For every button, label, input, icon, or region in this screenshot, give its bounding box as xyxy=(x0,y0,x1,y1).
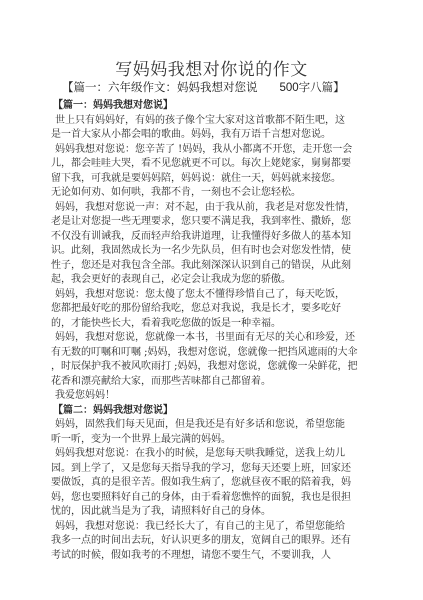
paragraph-line: 园。到上学了，又是您每天指导我的学习，您每天还要上班，回家还 xyxy=(51,462,341,477)
paragraph-line: 妈妈，我想对您说，您就像一本书，书里面有无尽的关心和珍爱，还 xyxy=(51,331,341,346)
paragraph-line: 识。此刻，我固然成长为一名少先队员，但有时也会对您发性情，使 xyxy=(51,244,341,259)
paragraph-line: 世上只有妈妈好，有妈的孩子像个宝大家对这首歌都不陌生吧，这 xyxy=(51,114,341,129)
paragraph-line: 有无数的叮嘱和叮嘱 ;妈妈，我想对您说，您就像一把挡风遮雨的大伞 xyxy=(51,346,341,361)
paragraph-line: 妈妈我想对您说：在我小的时候，是您每天哄我睡觉，送我上幼儿 xyxy=(51,447,341,462)
paragraph-line: 老是让对您提一些无理要求，您只要不满足我，我到率性、撒娇，您 xyxy=(51,215,341,230)
paragraph-line: 无论如何劝、如何哄，我都不肯，一刻也不会让您轻松。 xyxy=(51,186,341,201)
paragraph-line: 不仅没有训诫我，反而轻声给我讲道理，让我懂得好多做人的基本知 xyxy=(51,230,341,245)
paragraph-line: 花香和漂亮献给大家，而那些苦味都自己都留着。 xyxy=(51,375,341,390)
paragraph-line: 儿，都会哇哇大哭，看不见您就更不可以。每次上姥姥家，舅舅都要 xyxy=(51,157,341,172)
paragraph-line: 考试的时候，假如我考的不理想，请您不要生气，不要训我，人 xyxy=(51,549,341,564)
paragraph-line: ，时辰保护我不被风吹雨打 ;妈妈，我想对您说，您就像一朵鲜花，把 xyxy=(51,360,341,375)
document-body: 【篇一：妈妈我想对您说】世上只有妈妈好，有妈的孩子像个宝大家对这首歌都不陌生吧，… xyxy=(51,99,341,563)
paragraph-line: 听一听，变为一个世界上最完满的妈妈。 xyxy=(51,433,341,448)
section-heading: 【篇一：妈妈我想对您说】 xyxy=(51,99,341,114)
paragraph-line: 起，我会更好的表现自己，必定会让我成为您的骄傲。 xyxy=(51,273,341,288)
paragraph-line: 妈妈我想对您说：您辛苦了 !妈妈，我从小都离不开您，走开您一会 xyxy=(51,143,341,158)
subtitle-left: 【篇一：六年级作文：妈妈我想对您说 xyxy=(62,80,258,94)
paragraph-line: 的，才能快些长大，看着我吃您做的饭是一种幸福。 xyxy=(51,317,341,332)
paragraph-line: 妈妈，我想对您说一声：对不起，由于我从前，我老是对您发性情， xyxy=(51,201,341,216)
paragraph-line: 妈妈，固然我们每天见面，但是我还是有好多话和您说，希望您能 xyxy=(51,418,341,433)
paragraph-line: 留下我，可我就是要妈妈陪，妈妈说：就住一天，妈妈就来接您。 xyxy=(51,172,341,187)
paragraph-line: 妈妈，我想对您说：我已经长大了，有自己的主见了，希望您能给 xyxy=(51,520,341,535)
paragraph-line: 是一首大家从小都会唱的歌曲。妈妈，我有万语千言想对您说。 xyxy=(51,128,341,143)
paragraph-line: 忧的，因此就当是为了我，请照料好自己的身体。 xyxy=(51,505,341,520)
paragraph-line: 要做饭，真的是很辛苦。假如我生病了，您就昼夜不眠的陪着我，妈 xyxy=(51,476,341,491)
subtitle-right: 500字八篇】 xyxy=(280,82,345,94)
paragraph-line: 性子，您还是对我包含全部。我此刻深深认识到自己的错误，从此刻 xyxy=(51,259,341,274)
paragraph-line: 我爱您妈妈！ xyxy=(51,389,341,404)
paragraph-line: 我多一点的时间出去玩，好认识更多的朋友，宽阔自己的眼界。还有 xyxy=(51,534,341,549)
paragraph-line: 妈妈，我想对您说：您太傻了您太不懂得珍惜自己了，每天吃饭， xyxy=(51,288,341,303)
section-heading: 【篇二：妈妈我想对您说】 xyxy=(51,404,341,419)
paragraph-line: 您都把最好吃的那份留给我吃，您总对我说，我是长才，要多吃好 xyxy=(51,302,341,317)
document-title: 写妈妈我想对你说的作文 xyxy=(0,55,423,80)
paragraph-line: 妈，您也要照料好自己的身体，由于看着您憔悴的面貌，我也是很担 xyxy=(51,491,341,506)
document-subtitle: 【篇一：六年级作文：妈妈我想对您说500字八篇】 xyxy=(62,79,345,95)
